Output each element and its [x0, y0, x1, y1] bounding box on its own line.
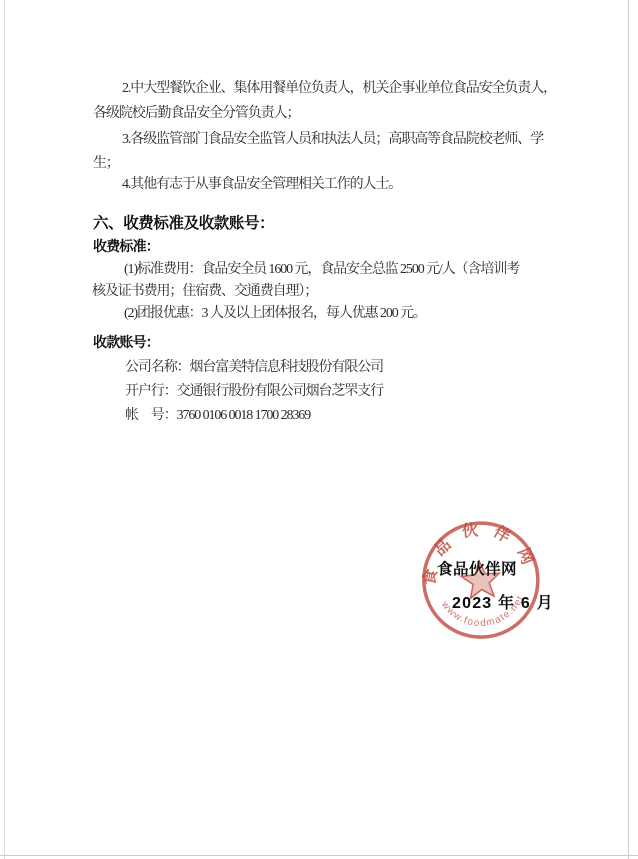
audience-item-4: 4.其他有志于从事食品安全管理相关工作的人士。 — [122, 178, 401, 192]
page-right-border — [628, 0, 629, 859]
bank-line: 开户行：交通银行股份有限公司烟台芝罘支行 — [125, 385, 383, 399]
account-label: 收款账号： — [93, 337, 159, 351]
company-name-line: 公司名称：烟台富美特信息科技股份有限公司 — [125, 361, 383, 375]
audience-item-3-line-2: 生； — [93, 157, 119, 171]
page-bottom-border — [0, 855, 638, 856]
fee-line-standard-cont: 核及证书费用；住宿费、交通费自理）； — [92, 285, 317, 299]
stamp-overlay-date: 2023 年 6 月 — [452, 596, 554, 612]
audience-item-2-line-2: 各级院校后勤食品安全分管负责人； — [93, 107, 299, 121]
audience-item-3-line-1: 3.各级监管部门食品安全监管人员和执法人员；高职高等食品院校老师、学 — [122, 133, 543, 147]
stamp-overlay-title: 食品伙伴网 — [437, 562, 517, 578]
document-page: 2.中大型餐饮企业、集体用餐单位负责人，机关企事业单位食品安全负责人， 各级院校… — [0, 0, 638, 859]
audience-item-2-line-1: 2.中大型餐饮企业、集体用餐单位负责人，机关企事业单位食品安全负责人， — [122, 82, 556, 96]
page-left-border — [4, 0, 5, 859]
fee-line-group-discount: (2)团报优惠：3 人及以上团体报名，每人优惠 200 元。 — [124, 307, 426, 321]
fee-standard-label: 收费标准： — [93, 241, 159, 255]
account-number-line: 帐 号：3760 0106 0018 1700 28369 — [125, 409, 310, 423]
company-seal-stamp: 食品伙伴网 www.foodmate.net — [407, 512, 558, 652]
fee-line-standard: (1)标准费用：食品安全员 1600 元，食品安全总监 2500 元/人（含培训… — [124, 263, 519, 277]
section-heading-fees: 六、收费标准及收款账号： — [93, 216, 274, 232]
